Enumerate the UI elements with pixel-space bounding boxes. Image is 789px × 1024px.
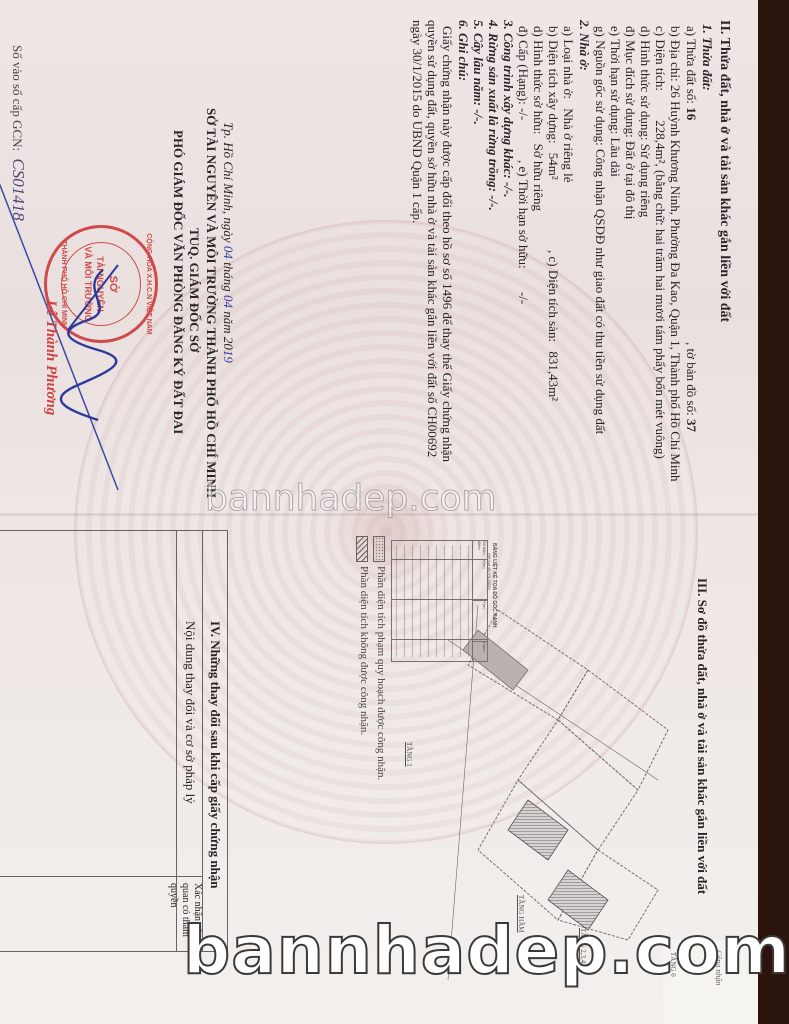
address-row: b) Địa chỉ: 26 Huỳnh Khương Ninh, Phường…	[668, 26, 684, 481]
land-area: 228,4m², (bằng chữ: hai trăm hai mươi tá…	[653, 120, 668, 459]
signer-role: PHÓ GIÁM ĐỐC VĂN PHÒNG ĐĂNG KÝ ĐẤT ĐAI	[171, 130, 187, 434]
section-ii-title: II. Thửa đất, nhà ở và tài sản khác gắn …	[717, 20, 733, 322]
handwritten-month: 04	[221, 295, 236, 308]
registry-row: Số vào sổ cấp GCN: CS01418	[10, 45, 27, 221]
production-forest: 4. Rừng sản xuất là rừng trồng: -/-.	[486, 20, 502, 211]
legend-label: Phần diện tích phạm quy hoạch được công …	[373, 566, 389, 780]
handwritten-day: 04	[221, 246, 236, 259]
address: 26 Huỳnh Khương Ninh, Phường Đa Kao, Quậ…	[668, 85, 683, 482]
watermark-large: bannhadep.com	[183, 912, 789, 989]
signature-strokes	[0, 170, 158, 510]
col-change-content: Nội dung thay đổi và cơ sở pháp lý	[183, 621, 199, 804]
on-behalf-of: TUQ. GIÁM ĐỐC SỞ	[187, 228, 203, 352]
land-heading: 1. Thửa đất:	[700, 24, 716, 91]
section-iv-title: IV. Những thay đổi sau khi cấp giấy chứn…	[208, 621, 224, 889]
legend-label: Phần diện tích không được công nhận.	[356, 566, 372, 735]
map-sheet-row: , tờ bản đồ số: 37	[684, 342, 700, 432]
issuing-org: SỞ TÀI NGUYÊN VÀ MÔI TRƯỜNG THÀNH PHỐ HỒ…	[204, 108, 220, 498]
area-row: c) Diện tích: 228,4m², (bằng chữ: hai tr…	[653, 26, 669, 459]
place-date: Tp. Hồ Chí Minh, ngày 04 tháng 04 năm 20…	[221, 122, 237, 363]
house-heading: 2. Nhà ở:	[577, 20, 593, 71]
registry-number: CS01418	[9, 158, 28, 220]
house-type-row: a) Loại nhà ở: Nhà ở riêng lẻ	[561, 26, 577, 183]
ownership-row: d) Hình thức sở hữu: Sở hữu riêng	[531, 26, 547, 211]
dotted-legend-swatch	[373, 536, 385, 562]
grade-row: đ) Cấp (Hạng): -/-	[516, 26, 532, 120]
perennial-trees: 5. Cây lâu năm: -/-.	[471, 20, 487, 125]
coordinate-table: BẢNG LIỆT KÊ TỌA ĐỘ GÓC RANH (Hệ tọa độ …	[391, 540, 488, 662]
notes-line: Giấy chứng nhận này được cấp đổi theo hồ…	[440, 26, 456, 462]
handwritten-year: 19	[221, 350, 236, 363]
purpose-row: đ) Mục đích sử dụng: Đất ở tại đô thị	[623, 26, 639, 219]
notes-heading: 6. Ghi chú:	[456, 20, 472, 81]
floor-area-row: , c) Diện tích sàn: 831,43m²	[546, 250, 562, 401]
lot-number-row: a) Thửa đất số: 16	[684, 26, 700, 120]
hatched-legend-swatch	[356, 536, 368, 562]
lot-number: 16	[684, 107, 699, 120]
use-form-row: d) Hình thức sử dụng: Sử dụng riêng	[638, 26, 654, 217]
term-row: e) Thời hạn sử dụng: Lâu dài	[608, 26, 624, 177]
section-iii-title: III. Sơ đồ thửa đất, nhà ở và tài sản kh…	[695, 578, 711, 894]
notes-line: quyền sử dụng đất, quyền sở hữu nhà ở và…	[425, 20, 441, 457]
watermark-small: bannhadep.com	[205, 478, 497, 519]
notes-line: ngày 30/1/2015 do UBND Quận 1 cấp.	[410, 20, 426, 223]
changes-table: IV. Những thay đổi sau khi cấp giấy chứn…	[0, 530, 228, 952]
origin-row: g) Nguồn gốc sử dụng: Công nhận QSDĐ như…	[593, 26, 609, 434]
own-term-row: , e) Thời hạn sở hữu: -/-	[516, 160, 532, 304]
floor-label: TẦNG 1	[401, 742, 417, 767]
built-area-row: b) Diện tích xây dựng: 54m²	[546, 26, 562, 180]
signer-name: Lê Thành Phương	[43, 300, 59, 415]
other-construction: 3. Công trình xây dựng khác: -/-.	[501, 20, 517, 198]
map-sheet-number: 37	[684, 419, 699, 432]
